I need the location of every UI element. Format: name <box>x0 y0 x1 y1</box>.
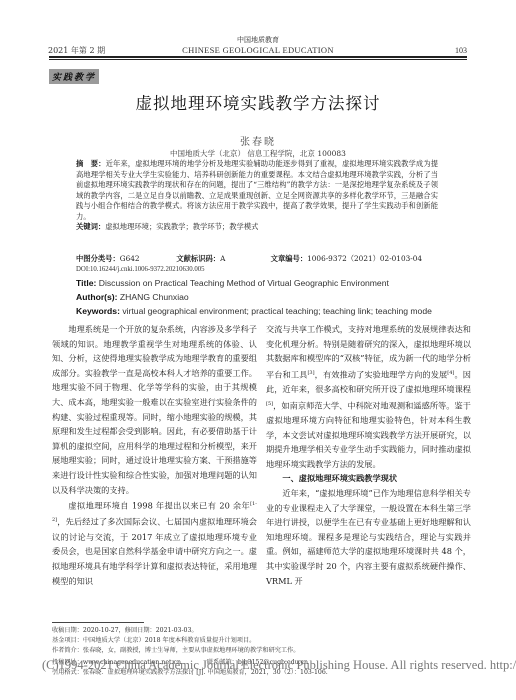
abstract: 摘 要：近年来，虚拟地理环境的地学分析及地理实验辅助功能逐步得到了重视，虚拟地理… <box>76 159 438 233</box>
en-title-line: Title: Discussion on Practical Teaching … <box>76 278 389 288</box>
journal-name-en: CHINESE GEOLOGICAL EDUCATION <box>0 45 516 56</box>
en-author-line: Author(s): ZHANG Chunxiao <box>76 292 189 302</box>
abstract-label: 摘 要： <box>76 159 106 168</box>
article-title: 虚拟地理环境实践教学方法探讨 <box>0 90 516 114</box>
clc-value: G642 <box>120 254 140 263</box>
doc-code-label: 文献标识码： <box>176 254 220 263</box>
doc-code-value: A <box>220 254 225 263</box>
footnote-fund: 基金项目：中国地质大学（北京）2018 年度本科教育质量提升计划项目。 <box>52 636 472 646</box>
en-title-label: Title: <box>76 278 96 288</box>
journal-name-cn: 中国地质教育 <box>0 36 516 45</box>
section-tag: 实践教学 <box>49 69 99 84</box>
body-column-left: 地理系统是一个开放的复杂系统，内容涉及多学科子领域的知识。地理教学重视学生对地理… <box>52 322 257 588</box>
text-span: 虚拟地理环境自 1998 年提出以来已有 20 余年 <box>68 501 250 511</box>
article-author: 张春晓 <box>0 133 516 148</box>
en-title: Discussion on Practical Teaching Method … <box>99 278 389 288</box>
footnote-received: 收稿日期：2020-10-27，修回日期：2021-03-03。 <box>52 626 472 636</box>
section-heading: 一、虚拟地理环境实践教学现状 <box>266 471 471 486</box>
abstract-text: 近年来，虚拟地理环境的地学分析及地理实验辅助功能逐步得到了重视，虚拟地理环境实践… <box>76 159 438 221</box>
text-span: ，先后经过了多次国际会议、七届国内虚拟地理环境会议的讨论与交流，于 2017 年… <box>52 517 257 585</box>
en-keywords-label: Keywords: <box>76 306 120 316</box>
paragraph: 近年来，“虚拟地理环境”已作为地理信息科学相关专业的专业课程走入了大学课堂，一般… <box>266 486 471 588</box>
page-number: 103 <box>455 46 467 55</box>
doi: DOI:10.16244/j.cnki.1006-9372.20210630.0… <box>76 266 205 273</box>
paragraph: 地理系统是一个开放的复杂系统，内容涉及多学科子领域的知识。地理教学重视学生对地理… <box>52 322 257 497</box>
text-span: ，如南京师范大学、中科院对地观测和遥感所等。鉴于虚拟地理环境方向特征和地理实验特… <box>266 400 471 468</box>
en-author: ZHANG Chunxiao <box>120 292 189 302</box>
body-column-right: 交流与共享工作模式，支持对地理系统的发展规律表达和变化机理分析。特别是随着研究的… <box>266 322 471 588</box>
paragraph: 虚拟地理环境自 1998 年提出以来已有 20 余年[1-2]，先后经过了多次国… <box>52 497 257 588</box>
en-author-label: Author(s): <box>76 292 118 302</box>
article-no-label: 文章编号： <box>271 254 307 263</box>
footnote-rule <box>52 622 144 623</box>
paragraph: 交流与共享工作模式，支持对地理系统的发展规律表达和变化机理分析。特别是随着研究的… <box>266 322 471 471</box>
citation-ref[interactable]: [3] <box>307 370 314 376</box>
text-span: ，有效推动了实验地理学方向的发展 <box>315 370 448 380</box>
keywords-label: 关键词： <box>76 222 105 231</box>
author-affiliation: 中国地质大学（北京） 信息工程学院，北京 100083 <box>0 148 516 159</box>
cnki-watermark: (C)1994-2021 China Academic Journal Elec… <box>42 658 516 673</box>
classification-line: 中图分类号：G642 文献标识码：A 文章编号：1006-9372（2021）0… <box>76 254 422 264</box>
article-no-value: 1006-9372（2021）02-0103-04 <box>307 254 422 264</box>
en-keywords-line: Keywords: virtual geographical environme… <box>76 306 432 316</box>
en-keywords: virtual geographical environment; practi… <box>122 306 432 316</box>
header-rule-thin <box>49 59 467 60</box>
footnote-bio: 作者简介：张春晓，女，副教授，博士生导师，主要从事虚拟地理环境的教学和研究工作。 <box>52 646 472 656</box>
journal-masthead: 中国地质教育 CHINESE GEOLOGICAL EDUCATION <box>0 36 516 56</box>
keywords-text: 虚拟地理环境；实践教学；教学环节；教学模式 <box>105 222 258 231</box>
header-rule-thick <box>49 56 467 58</box>
clc-label: 中图分类号： <box>76 254 120 263</box>
